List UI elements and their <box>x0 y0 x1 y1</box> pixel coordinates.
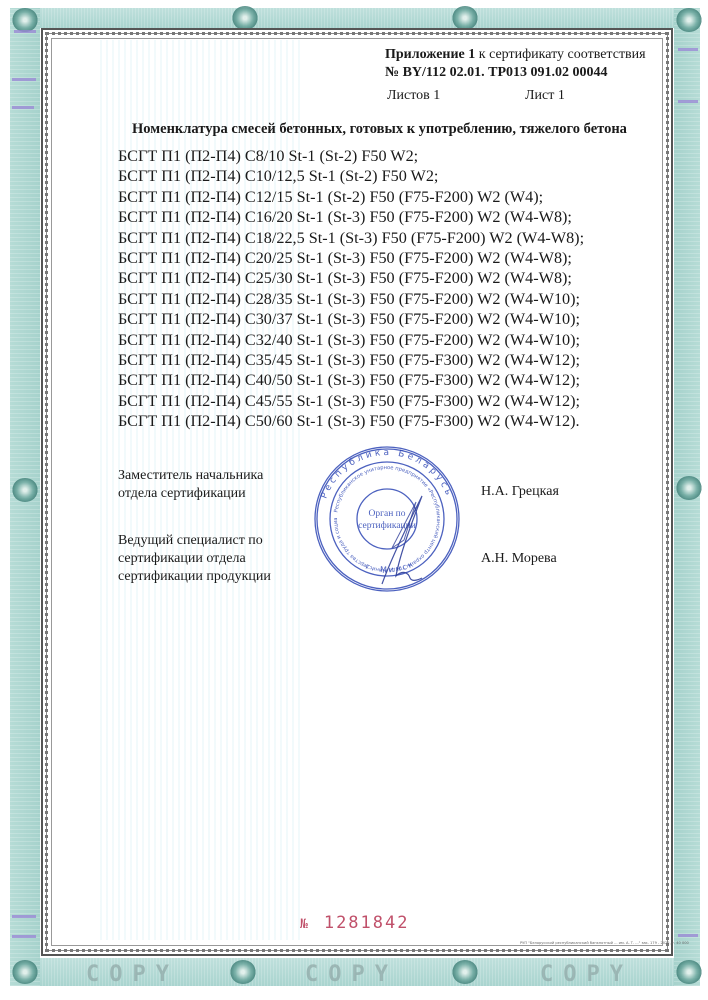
product-item: БСГТ П1 (П2-П4) С25/30 St-1 (St-3) F50 (… <box>118 268 584 288</box>
rosette-icon <box>676 960 702 984</box>
rosette-icon <box>230 960 256 984</box>
product-item: БСГТ П1 (П2-П4) С50/60 St-1 (St-3) F50 (… <box>118 411 584 431</box>
security-mark <box>12 915 36 918</box>
product-item: БСГТ П1 (П2-П4) С16/20 St-1 (St-3) F50 (… <box>118 207 584 227</box>
rosette-icon <box>452 960 478 984</box>
rosette-icon <box>452 6 478 30</box>
product-list: БСГТ П1 (П2-П4) С8/10 St-1 (St-2) F50 W2… <box>118 146 584 432</box>
product-item: БСГТ П1 (П2-П4) С12/15 St-1 (St-2) F50 (… <box>118 187 584 207</box>
rosette-icon <box>12 478 38 502</box>
rosette-icon <box>676 476 702 500</box>
security-mark <box>12 935 36 938</box>
security-mark <box>12 106 34 109</box>
printer-note: РУП "Белорусский республиканский банкнот… <box>520 941 689 945</box>
watermark-copy: COPY <box>305 962 398 987</box>
signatory-name: Н.А. Грецкая <box>481 484 559 500</box>
svg-text:Орган по: Орган по <box>368 509 405 519</box>
product-item: БСГТ П1 (П2-П4) С35/45 St-1 (St-3) F50 (… <box>118 350 584 370</box>
signatory-position: Заместитель начальника отдела сертификац… <box>118 467 263 503</box>
appendix-label: Приложение 1 к сертификату соответствия <box>385 46 646 64</box>
watermark-copy: COPY <box>86 962 179 987</box>
product-item: БСГТ П1 (П2-П4) С28/35 St-1 (St-3) F50 (… <box>118 289 584 309</box>
official-stamp: Республика Беларусь Республиканское унит… <box>312 444 462 594</box>
document-title: Номенклатура смесей бетонных, готовых к … <box>132 121 627 138</box>
form-serial-number: №1281842 <box>300 913 409 933</box>
security-mark <box>12 78 36 81</box>
rosette-icon <box>12 8 38 32</box>
certificate-number: № BY/112 02.01. ТР013 091.02 00044 <box>385 64 646 82</box>
signatory-name: А.Н. Морева <box>481 551 557 567</box>
signatory-position: Ведущий специалист по сертификации отдел… <box>118 532 271 586</box>
security-mark <box>678 100 698 103</box>
security-mark <box>678 934 698 937</box>
rosette-icon <box>676 8 702 32</box>
rosette-icon <box>232 6 258 30</box>
product-item: БСГТ П1 (П2-П4) С10/12,5 St-1 (St-2) F50… <box>118 166 584 186</box>
sheets-total: Листов 1 <box>387 88 440 104</box>
rosette-icon <box>12 960 38 984</box>
product-item: БСГТ П1 (П2-П4) С8/10 St-1 (St-2) F50 W2… <box>118 146 584 166</box>
product-item: БСГТ П1 (П2-П4) С40/50 St-1 (St-3) F50 (… <box>118 370 584 390</box>
product-item: БСГТ П1 (П2-П4) С18/22,5 St-1 (St-3) F50… <box>118 228 584 248</box>
product-item: БСГТ П1 (П2-П4) С32/40 St-1 (St-3) F50 (… <box>118 330 584 350</box>
appendix-header: Приложение 1 к сертификату соответствия … <box>385 46 646 82</box>
product-item: БСГТ П1 (П2-П4) С20/25 St-1 (St-3) F50 (… <box>118 248 584 268</box>
watermark-copy: COPY <box>540 962 633 987</box>
product-item: БСГТ П1 (П2-П4) С45/55 St-1 (St-3) F50 (… <box>118 391 584 411</box>
product-item: БСГТ П1 (П2-П4) С30/37 St-1 (St-3) F50 (… <box>118 309 584 329</box>
security-mark <box>678 48 698 51</box>
security-strip-top <box>12 8 700 28</box>
sheet-current: Лист 1 <box>525 88 565 104</box>
security-mark <box>14 30 36 33</box>
